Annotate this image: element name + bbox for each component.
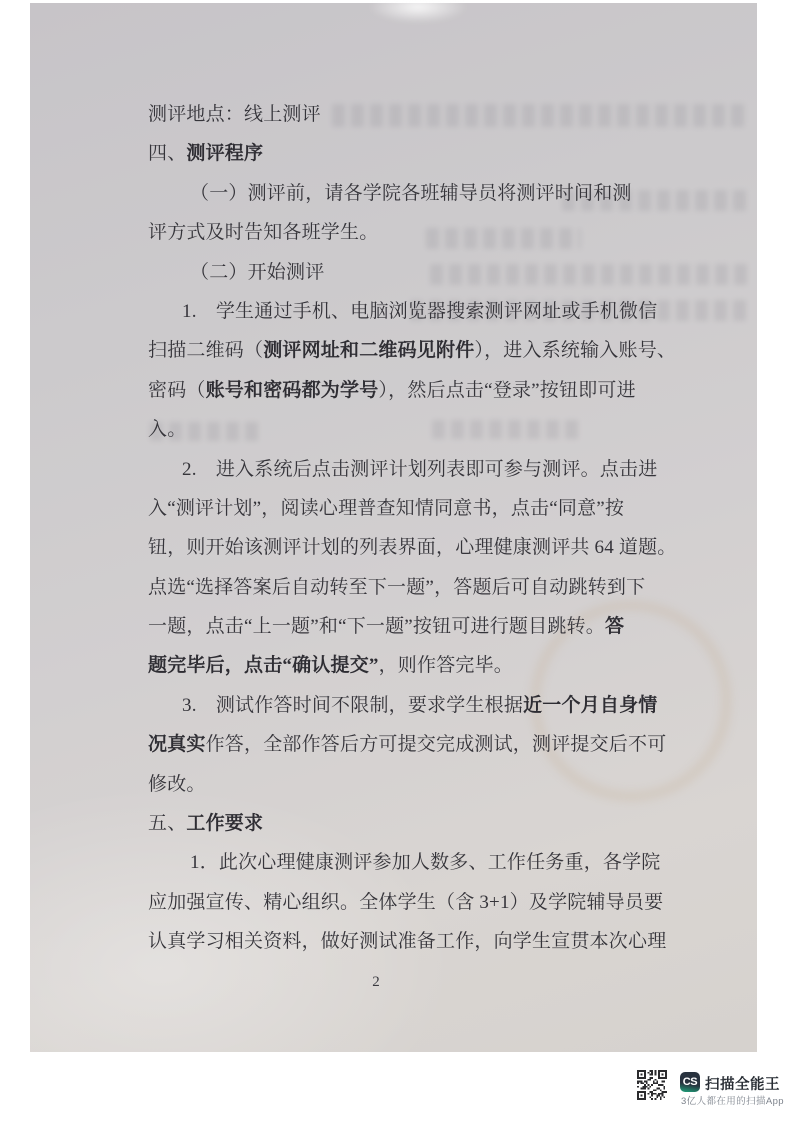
qr-code [637, 1070, 667, 1100]
doc-text: 四、 [148, 143, 186, 164]
camscanner-watermark: CS 扫描全能王 3亿人都在用的扫描App [637, 1070, 793, 1106]
doc-line-20: 1．此次心理健康测评参加人数多、工作任务重，各学院 [148, 843, 670, 882]
doc-text: 作答，全部作答后方可提交完成测试，测评提交后不可 [206, 734, 667, 755]
doc-text: 测评地点：线上测评 [148, 104, 321, 125]
scan-light-spot [368, 0, 468, 23]
doc-text: 扫描二维码（ [148, 340, 263, 361]
doc-text-bold: 测评程序 [186, 143, 263, 164]
doc-line-22: 认真学习相关资料，做好测试准备工作，向学生宣贯本次心理 [148, 922, 670, 961]
doc-text: （一）测评前，请各学院各班辅导员将测评时间和测 [190, 183, 632, 204]
doc-text-bold: 题完毕后，点击“确认提交” [148, 655, 379, 676]
doc-text: ），进入系统输入账号、 [474, 340, 676, 361]
page-number: 2 [362, 974, 390, 991]
doc-text-bold: 答 [605, 616, 624, 637]
doc-text: 1. 学生通过手机、电脑浏览器搜索测评网址或手机微信 [182, 301, 657, 322]
doc-text: （二）开始测评 [190, 262, 324, 283]
doc-line-19: 五、工作要求 [148, 804, 670, 843]
doc-line-16: 3. 测试作答时间不限制，要求学生根据近一个月自身情 [148, 686, 670, 725]
doc-text: 密码（ [148, 380, 206, 401]
doc-text: 钮，则开始该测评计划的列表界面，心理健康测评共 64 道题。 [148, 537, 677, 558]
doc-line-11: 入“测评计划”，阅读心理普查知情同意书，点击“同意”按 [148, 489, 670, 528]
doc-line-15: 题完毕后，点击“确认提交”，则作答完毕。 [148, 646, 670, 685]
doc-line-2: 四、测评程序 [148, 134, 670, 173]
doc-text: 修改。 [148, 774, 206, 795]
doc-text-bold: 工作要求 [186, 813, 263, 834]
doc-text: 入。 [148, 419, 186, 440]
doc-line-10: 2. 进入系统后点击测评计划列表即可参与测评。点击进 [148, 450, 670, 489]
doc-text: 认真学习相关资料，做好测试准备工作，向学生宣贯本次心理 [148, 931, 666, 952]
doc-text: 2. 进入系统后点击测评计划列表即可参与测评。点击进 [182, 459, 657, 480]
doc-text: ），然后点击“登录”按钮即可进 [378, 380, 635, 401]
doc-text: 评方式及时告知各班学生。 [148, 222, 378, 243]
doc-line-21: 应加强宣传、精心组织。全体学生（含 3+1）及学院辅导员要 [148, 883, 670, 922]
scan-canvas: 测评地点：线上测评四、测评程序（一）测评前，请各学院各班辅导员将测评时间和测评方… [0, 0, 793, 1122]
doc-text: 点选“选择答案后自动转至下一题”，答题后可自动跳转到下 [148, 577, 645, 598]
doc-line-3: （一）测评前，请各学院各班辅导员将测评时间和测 [148, 174, 670, 213]
doc-line-7: 扫描二维码（测评网址和二维码见附件），进入系统输入账号、 [148, 331, 670, 370]
doc-line-13: 点选“选择答案后自动转至下一题”，答题后可自动跳转到下 [148, 568, 670, 607]
logo-text: CS [683, 1076, 697, 1088]
doc-text: 1．此次心理健康测评参加人数多、工作任务重，各学院 [190, 852, 661, 873]
doc-text: ，则作答完毕。 [379, 655, 513, 676]
doc-text: 3. 测试作答时间不限制，要求学生根据 [182, 695, 523, 716]
doc-line-17: 况真实作答，全部作答后方可提交完成测试，测评提交后不可 [148, 725, 670, 764]
doc-line-6: 1. 学生通过手机、电脑浏览器搜索测评网址或手机微信 [148, 292, 670, 331]
doc-text-bold: 测评网址和二维码见附件 [263, 340, 474, 361]
doc-line-14: 一题，点击“上一题”和“下一题”按钮可进行题目跳转。答 [148, 607, 670, 646]
doc-line-5: （二）开始测评 [148, 253, 670, 292]
watermark-tagline: 3亿人都在用的扫描App [681, 1093, 784, 1107]
doc-text: 应加强宣传、精心组织。全体学生（含 3+1）及学院辅导员要 [148, 892, 663, 913]
camscanner-logo-icon: CS [680, 1072, 700, 1092]
doc-line-9: 入。 [148, 410, 670, 449]
doc-text: 一题，点击“上一题”和“下一题”按钮可进行题目跳转。 [148, 616, 605, 637]
doc-line-1: 测评地点：线上测评 [148, 95, 670, 134]
doc-lines: 测评地点：线上测评四、测评程序（一）测评前，请各学院各班辅导员将测评时间和测评方… [148, 95, 670, 962]
doc-text-bold: 近一个月自身情 [523, 695, 657, 716]
doc-line-18: 修改。 [148, 765, 670, 804]
doc-text: 入“测评计划”，阅读心理普查知情同意书，点击“同意”按 [148, 498, 624, 519]
doc-line-12: 钮，则开始该测评计划的列表界面，心理健康测评共 64 道题。 [148, 528, 670, 567]
watermark-app-name: 扫描全能王 [705, 1073, 780, 1094]
scanned-page: 测评地点：线上测评四、测评程序（一）测评前，请各学院各班辅导员将测评时间和测评方… [30, 3, 757, 1052]
doc-text-bold: 况真实 [148, 734, 206, 755]
doc-text: 五、 [148, 813, 186, 834]
doc-line-4: 评方式及时告知各班学生。 [148, 213, 670, 252]
doc-text-bold: 账号和密码都为学号 [206, 380, 379, 401]
doc-line-8: 密码（账号和密码都为学号），然后点击“登录”按钮即可进 [148, 371, 670, 410]
